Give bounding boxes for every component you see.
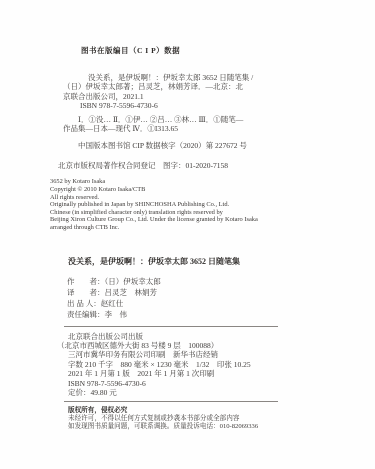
credit-row-author: 作 者：（日）伊坂幸太郎 — [67, 276, 375, 287]
copyright-registration-number: 北京市版权局著作权合同登记 图字：01-2020-7158 — [58, 161, 375, 170]
cip-classification: Ⅰ．①没… Ⅱ．①伊… ②吕… ③林… Ⅲ．①随笔— 作品集—日本—现代 Ⅳ．①… — [63, 115, 291, 134]
english-copyright-line: All rights reserved. — [50, 194, 375, 202]
isbn-line: ISBN 978-7-5596-4730-6 — [68, 379, 375, 388]
book-title: 没关系，是伊坂啊！：伊坂幸太郎 3652 日随笔集 — [68, 256, 375, 267]
english-copyright-line: Originally published in Japan by SHINCHO… — [50, 201, 375, 209]
format-line: 字数 210 千字 880 毫米 × 1230 毫米 1/32 印张 10.25 — [68, 360, 375, 369]
cip-record: 没关系，是伊坂啊！：伊坂幸太郎 3652 日随笔集 / （日）伊坂幸太郎著；吕灵… — [63, 73, 291, 110]
rights-notice-line: 如发现图书质量问题，可联系调换。质量投诉电话：010-82069336 — [68, 423, 375, 431]
classification-line: 作品集—日本—现代 Ⅳ．①I313.65 — [63, 124, 291, 133]
publisher-line: 北京联合出版公司出版 — [68, 332, 375, 341]
book-copyright-page: 图书在版编目（C I P）数据 没关系，是伊坂啊！：伊坂幸太郎 3652 日随笔… — [0, 0, 375, 469]
english-copyright-line: Copyright © 2010 Kotaro Isaka/CTB — [50, 186, 375, 194]
credit-label: 译 者： — [67, 288, 105, 297]
cip-record-line: 京联合出版公司，2021.1 — [63, 92, 291, 101]
credits-list: 作 者：（日）伊坂幸太郎 译 者：吕灵芝 林娟芳 出 品 人：赵红仕 责任编辑：… — [67, 276, 375, 320]
english-copyright-line: arranged through CTB Inc. — [50, 224, 375, 232]
english-copyright-line: Chinese (in simplified character only) t… — [50, 209, 375, 217]
publisher-address-line: （北京市西城区德外大街 83 号楼 9 层 100088） — [57, 341, 375, 350]
credit-value: 赵红仕 — [101, 299, 124, 308]
english-copyright-line: Beijing Xiron Culture Group Co., Ltd. Un… — [50, 216, 375, 224]
publisher-imprint-block: 北京联合出版公司出版 （北京市西城区德外大街 83 号楼 9 层 100088）… — [68, 332, 375, 398]
credit-label: 作 者： — [67, 277, 105, 286]
cip-record-line: 没关系，是伊坂啊！：伊坂幸太郎 3652 日随笔集 / — [63, 73, 291, 82]
rights-notice-headline: 版权所有，侵权必究 — [68, 407, 375, 415]
credit-row-editor: 责任编辑：李 伟 — [67, 309, 375, 320]
credit-value: 李 伟 — [105, 310, 128, 319]
english-copyright-line: 3652 by Kotaro Isaka — [50, 178, 375, 186]
credit-value: （日）伊坂幸太郎 — [105, 277, 161, 286]
divider-line — [64, 401, 278, 402]
credit-value: 吕灵芝 林娟芳 — [105, 288, 158, 297]
rights-notice: 版权所有，侵权必究 未经许可，不得以任何方式复制或抄袭本书部分或全部内容 如发现… — [68, 407, 375, 430]
cip-verification-number: 中国版本图书馆 CIP 数据核字（2020）第 227672 号 — [78, 141, 375, 150]
credit-row-translator: 译 者：吕灵芝 林娟芳 — [67, 287, 375, 298]
divider-line — [64, 326, 278, 327]
rights-notice-line: 未经许可，不得以任何方式复制或抄袭本书部分或全部内容 — [68, 415, 375, 423]
price-line: 定价：49.80 元 — [68, 388, 375, 397]
cip-heading: 图书在版编目（C I P）数据 — [81, 45, 375, 56]
credit-label: 责任编辑： — [67, 310, 105, 319]
credit-row-producer: 出 品 人：赵红仕 — [67, 298, 375, 309]
printer-line: 三河市冀华印务有限公司印刷 新华书店经销 — [68, 350, 375, 359]
isbn-line: ISBN 978-7-5596-4730-6 — [63, 101, 291, 110]
english-copyright-notice: 3652 by Kotaro Isaka Copyright © 2010 Ko… — [50, 178, 375, 231]
edition-line: 2021 年 1 月第 1 版 2021 年 1 月第 1 次印刷 — [68, 369, 375, 378]
credit-label: 出 品 人： — [67, 299, 101, 308]
cip-record-line: （日）伊坂幸太郎著；吕灵芝，林娟芳译．—北京：北 — [63, 82, 291, 91]
